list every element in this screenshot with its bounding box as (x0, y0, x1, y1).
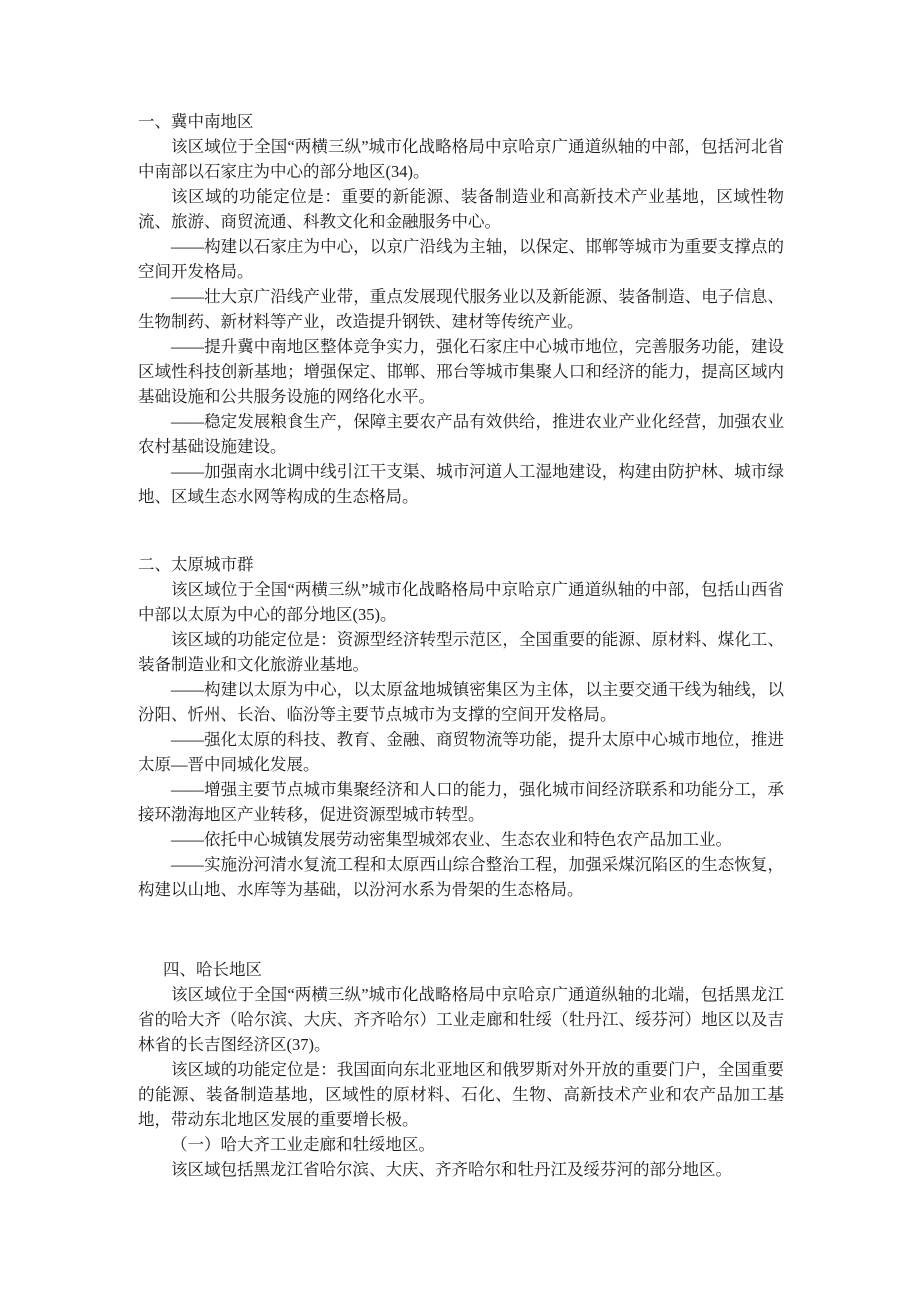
paragraph-location: 该区域位于全国“两横三纵”城市化战略格局中京哈京广通道纵轴的中部，包括山西省中部… (138, 577, 784, 627)
paragraph-function: 该区域的功能定位是：我国面向东北亚地区和俄罗斯对外开放的重要门户，全国重要的能源… (138, 1057, 784, 1132)
paragraph-function: 该区域的功能定位是：重要的新能源、装备制造业和高新技术产业基地，区域性物流、旅游… (138, 184, 784, 234)
section-heading-jizhongnan: 一、冀中南地区 (138, 109, 784, 134)
paragraph-dash-item: ——强化太原的科技、教育、金融、商贸物流等功能，提升太原中心城市地位，推进太原—… (138, 727, 784, 777)
section-taiyuan: 二、太原城市群 该区域位于全国“两横三纵”城市化战略格局中京哈京广通道纵轴的中部… (138, 552, 784, 902)
document-page: 一、冀中南地区 该区域位于全国“两横三纵”城市化战略格局中京哈京广通道纵轴的中部… (0, 0, 920, 1302)
paragraph-dash-item: ——稳定发展粮食生产，保障主要农产品有效供给，推进农业产业化经营，加强农业农村基… (138, 409, 784, 459)
paragraph-dash-item: ——依托中心城镇发展劳动密集型城郊农业、生态农业和特色农产品加工业。 (138, 827, 784, 852)
document-text-block: 一、冀中南地区 该区域位于全国“两横三纵”城市化战略格局中京哈京广通道纵轴的中部… (138, 109, 784, 1182)
paragraph-subitem: （一）哈大齐工业走廊和牡绥地区。 (138, 1132, 784, 1157)
paragraph-dash-item: ——加强南水北调中线引江干支渠、城市河道人工湿地建设，构建由防护林、城市绿地、区… (138, 459, 784, 509)
section-heading-hachang: 四、哈长地区 (138, 957, 784, 982)
paragraph-function: 该区域的功能定位是：资源型经济转型示范区，全国重要的能源、原材料、煤化工、装备制… (138, 627, 784, 677)
section-heading-taiyuan: 二、太原城市群 (138, 552, 784, 577)
paragraph-coverage: 该区域包括黑龙江省哈尔滨、大庆、齐齐哈尔和牡丹江及绥芬河的部分地区。 (138, 1157, 784, 1182)
paragraph-dash-item: ——构建以石家庄为中心，以京广沿线为主轴，以保定、邯郸等城市为重要支撑点的空间开… (138, 234, 784, 284)
paragraph-location: 该区域位于全国“两横三纵”城市化战略格局中京哈京广通道纵轴的中部，包括河北省中南… (138, 134, 784, 184)
section-jizhongnan: 一、冀中南地区 该区域位于全国“两横三纵”城市化战略格局中京哈京广通道纵轴的中部… (138, 109, 784, 509)
paragraph-location: 该区域位于全国“两横三纵”城市化战略格局中京哈京广通道纵轴的北端，包括黑龙江省的… (138, 982, 784, 1057)
paragraph-dash-item: ——增强主要节点城市集聚经济和人口的能力，强化城市间经济联系和功能分工，承接环渤… (138, 777, 784, 827)
paragraph-dash-item: ——壮大京广沿线产业带，重点发展现代服务业以及新能源、装备制造、电子信息、生物制… (138, 284, 784, 334)
paragraph-dash-item: ——实施汾河清水复流工程和太原西山综合整治工程，加强采煤沉陷区的生态恢复，构建以… (138, 852, 784, 902)
section-hachang: 四、哈长地区 该区域位于全国“两横三纵”城市化战略格局中京哈京广通道纵轴的北端，… (138, 957, 784, 1182)
paragraph-dash-item: ——构建以太原为中心，以太原盆地城镇密集区为主体，以主要交通干线为轴线，以汾阳、… (138, 677, 784, 727)
paragraph-dash-item: ——提升冀中南地区整体竞争实力，强化石家庄中心城市地位，完善服务功能，建设区域性… (138, 334, 784, 409)
